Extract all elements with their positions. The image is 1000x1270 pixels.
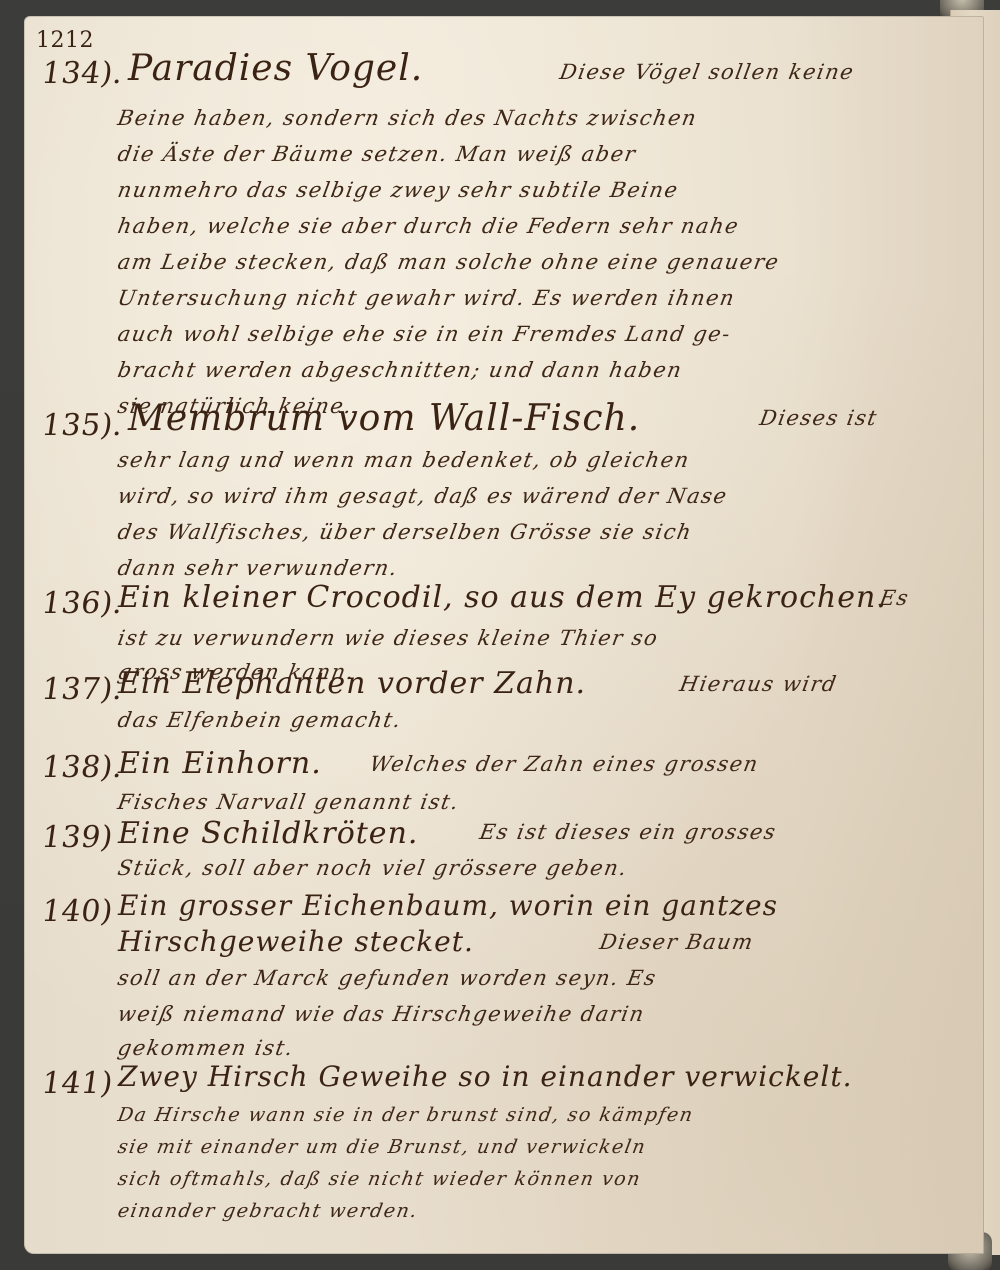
- entry-number: 137).: [40, 672, 126, 707]
- entry-heading: Ein grosser Eichenbaum, worin ein gantze…: [118, 888, 938, 960]
- entry-line: am Leibe stecken, daß man solche ohne ei…: [116, 250, 782, 274]
- entry-line: die Äste der Bäume setzen. Man weiß aber: [116, 142, 639, 166]
- folio-number: 1212: [36, 28, 94, 53]
- entry-line: nunmehro das selbige zwey sehr subtile B…: [116, 178, 681, 202]
- entry-number: 138).: [40, 750, 126, 785]
- entry-number: 140): [40, 894, 116, 929]
- entry-line: Dieses ist: [758, 406, 880, 430]
- entry-line: weiß niemand wie das Hirschgeweihe darin: [116, 1002, 647, 1026]
- entry-heading: Paradies Vogel.: [128, 48, 423, 89]
- entry-line: wird, so wird ihm gesagt, daß es wärend …: [116, 484, 730, 508]
- entry-line: Fisches Narvall genannt ist.: [116, 790, 462, 814]
- entry-line: Stück, soll aber noch viel grössere gebe…: [116, 856, 630, 880]
- entry-line: Da Hirsche wann sie in der brunst sind, …: [116, 1104, 695, 1126]
- entry-heading: Ein Elephanten vorder Zahn.: [118, 666, 586, 701]
- entry-line: gekommen ist.: [116, 1036, 296, 1060]
- entry-line: des Wallfisches, über derselben Grösse s…: [116, 520, 694, 544]
- entry-line: bracht werden abgeschnitten; und dann ha…: [116, 358, 685, 382]
- entry-line: Welches der Zahn eines grossen: [368, 752, 761, 776]
- entry-line: sehr lang und wenn man bedenket, ob glei…: [116, 448, 692, 472]
- entry-heading: Ein Einhorn.: [118, 746, 322, 781]
- entry-line: das Elfenbein gemacht.: [116, 708, 404, 732]
- entry-number: 141): [40, 1066, 116, 1101]
- entry-line: einander gebracht werden.: [116, 1200, 420, 1222]
- entry-number: 139): [40, 820, 116, 855]
- entry-heading: Membrum vom Wall-Fisch.: [128, 398, 640, 439]
- entry-heading: Eine Schildkröten.: [118, 816, 418, 851]
- entry-line: Untersuchung nicht gewahr wird. Es werde…: [116, 286, 737, 310]
- entry-number: 136).: [40, 586, 126, 621]
- entry-line: Diese Vögel sollen keine: [558, 60, 857, 84]
- entry-heading: Ein kleiner Crocodil, so aus dem Ey gekr…: [118, 580, 887, 615]
- entry-line: Hieraus wird: [678, 672, 839, 696]
- entry-line: dann sehr verwundern.: [116, 556, 400, 580]
- entry-line: Es: [878, 586, 911, 610]
- entry-line: Beine haben, sondern sich des Nachts zwi…: [116, 106, 699, 130]
- entry-number: 135).: [40, 408, 126, 443]
- entry-line: sich oftmahls, daß sie nicht wieder könn…: [116, 1168, 643, 1190]
- entry-number: 134).: [40, 56, 126, 91]
- entry-heading: Zwey Hirsch Geweihe so in einander verwi…: [118, 1060, 853, 1093]
- entry-line: ist zu verwundern wie dieses kleine Thie…: [116, 626, 661, 650]
- entry-line: sie mit einander um die Brunst, und verw…: [116, 1136, 648, 1158]
- entry-line: Dieser Baum: [598, 930, 756, 954]
- entry-line: soll an der Marck gefunden worden seyn. …: [116, 966, 659, 990]
- entry-line: auch wohl selbige ehe sie in ein Fremdes…: [116, 322, 733, 346]
- entry-line: haben, welche sie aber durch die Federn …: [116, 214, 741, 238]
- entry-line: Es ist dieses ein grosses: [478, 820, 779, 844]
